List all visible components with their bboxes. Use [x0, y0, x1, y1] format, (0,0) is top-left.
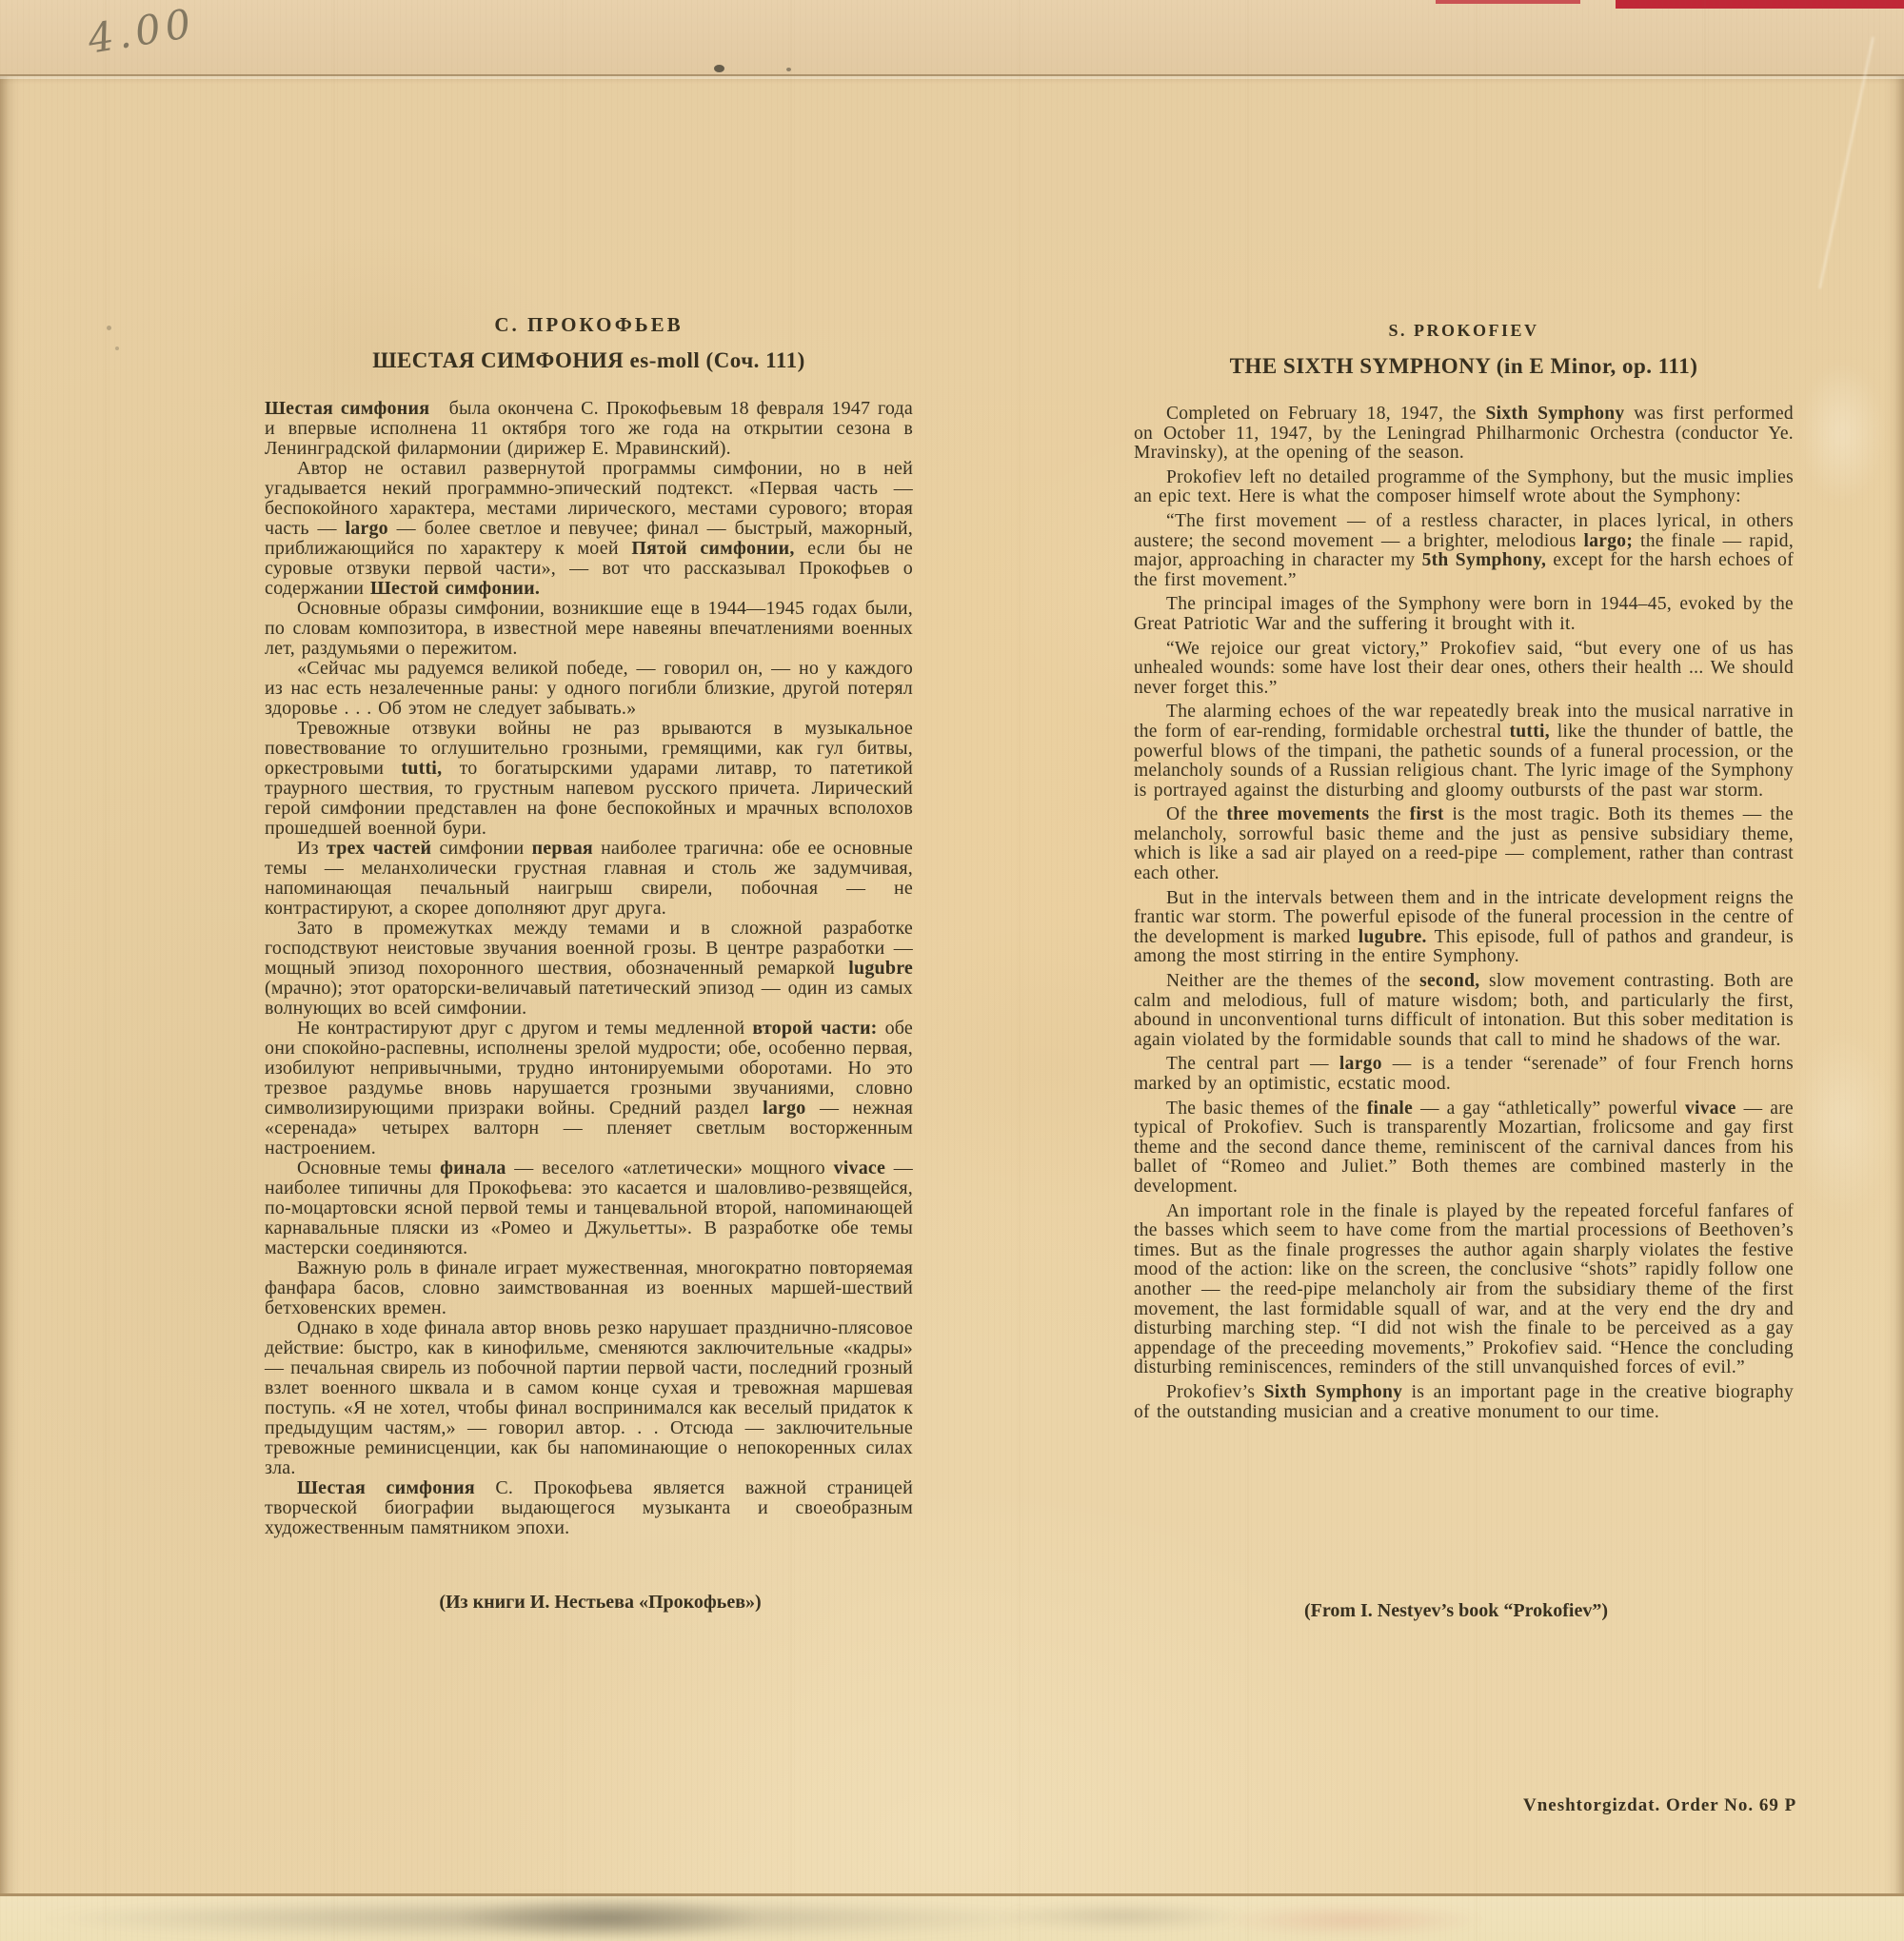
text-segment-bold: Sixth Symphony [1486, 404, 1625, 424]
text-segment: Зато в промежутках между темами и в слож… [265, 918, 913, 979]
paragraph: Важную роль в финале играет мужественная… [265, 1258, 913, 1318]
paragraph: Тревожные отзвуки войны не раз врываются… [265, 719, 913, 839]
liner-notes-ru: Шестая симфония была окончена С. Прокофь… [265, 399, 913, 1538]
paragraph: «Сейчас мы радуемся великой победе, — го… [265, 659, 913, 719]
text-segment: Не контрастируют друг с другом и темы ме… [297, 1018, 752, 1039]
grime-smudge [1000, 1902, 1247, 1931]
paragraph: Автор не оставил развернутой программы с… [265, 459, 913, 599]
sleeve-top-fold [0, 0, 1904, 76]
paragraph: Зато в промежутках между темами и в слож… [265, 919, 913, 1019]
record-sleeve-back: 4.00 С. ПРОКОФЬЕВ ШЕСТАЯ СИМФОНИЯ es-mol… [0, 0, 1904, 1941]
source-credit-en: (From I. Nestyev’s book “Prokofiev”) [1126, 1600, 1786, 1622]
paragraph: Of the three movements the first is the … [1134, 805, 1794, 883]
paragraph: An important role in the finale is playe… [1134, 1202, 1794, 1378]
text-segment-bold: three movements [1226, 804, 1369, 824]
text-segment: — веселого «атлетически» мощного [506, 1158, 834, 1178]
paragraph: The alarming echoes of the war repeatedl… [1134, 703, 1794, 801]
paper-speck [107, 326, 111, 330]
text-segment: (мрачно); этот ораторски-величавый патет… [265, 978, 913, 1019]
source-credit-ru: (Из книги И. Нестьева «Прокофьев») [276, 1592, 924, 1614]
text-segment-bold: трех частей [327, 838, 431, 859]
text-segment: Основные образы симфонии, возникшие еще … [265, 598, 913, 659]
text-segment-bold: lugubre. [1359, 927, 1427, 947]
paper-crease [1790, 1028, 1894, 1218]
paragraph: Prokofiev’s Sixth Symphony is an importa… [1134, 1383, 1794, 1422]
paragraph: The principal images of the Symphony wer… [1134, 595, 1794, 634]
text-segment: Основные темы [297, 1158, 440, 1178]
paragraph: Основные образы симфонии, возникшие еще … [265, 599, 913, 659]
text-segment: An important role in the finale is playe… [1134, 1201, 1794, 1378]
paragraph: The basic themes of the finale — a gay “… [1134, 1099, 1794, 1198]
text-segment: “We rejoice our great victory,” Prokofie… [1134, 639, 1794, 698]
work-title-ru: ШЕСТАЯ СИМФОНИЯ es-moll (Соч. 111) [265, 347, 913, 373]
text-segment: Prokofiev’s [1166, 1382, 1264, 1402]
text-segment: The principal images of the Symphony wer… [1134, 594, 1794, 634]
english-column: S. PROKOFIEV THE SIXTH SYMPHONY (in E Mi… [1134, 319, 1794, 1427]
text-segment-bold: finale [1367, 1099, 1413, 1119]
text-segment-bold: lugubre [848, 958, 913, 979]
red-smudge [1219, 1904, 1485, 1936]
paper-speck [714, 65, 724, 72]
composer-name-ru: С. ПРОКОФЬЕВ [265, 313, 913, 336]
text-segment: симфонии [431, 838, 531, 859]
grime-smudge [457, 1896, 762, 1940]
paragraph: The central part — largo — is a tender “… [1134, 1055, 1794, 1094]
text-segment: Of the [1166, 804, 1226, 824]
text-segment-bold: first [1410, 804, 1444, 824]
text-segment-bold: второй части: [752, 1018, 877, 1039]
text-segment-bold: Пятой симфонии, [631, 538, 794, 559]
paragraph: Однако в ходе финала автор вновь резко н… [265, 1318, 913, 1478]
text-segment-bold: tutti, [401, 758, 442, 779]
text-segment-bold: largo [1339, 1054, 1382, 1074]
text-segment-bold: second, [1419, 971, 1479, 991]
paragraph: “We rejoice our great victory,” Prokofie… [1134, 640, 1794, 699]
paper-crease [1799, 362, 1885, 505]
paper-speck [786, 68, 791, 71]
text-segment: — a gay “athletically” powerful [1413, 1099, 1685, 1119]
paragraph: Completed on February 18, 1947, the Sixt… [1134, 405, 1794, 464]
text-segment-bold: largo [345, 518, 387, 539]
text-segment: Из [297, 838, 327, 859]
text-segment-bold: финала [440, 1158, 506, 1178]
paragraph: But in the intervals between them and in… [1134, 889, 1794, 967]
text-segment-bold: tutti, [1509, 722, 1549, 742]
work-title-en: THE SIXTH SYMPHONY (in E Minor, op. 111) [1134, 353, 1794, 379]
paragraph: Из трех частей симфонии первая наиболее … [265, 839, 913, 919]
text-segment-bold: Шестой симфонии. [370, 578, 540, 599]
text-segment: Neither are the themes of the [1166, 971, 1419, 991]
text-segment: The basic themes of the [1166, 1099, 1367, 1119]
text-segment-bold: vivace [1685, 1099, 1736, 1119]
sleeve-bottom-edge [0, 1893, 1904, 1941]
paper-speck [115, 347, 119, 350]
composer-name-en: S. PROKOFIEV [1134, 319, 1794, 342]
paragraph: Шестая симфония была окончена С. Прокофь… [265, 399, 913, 459]
text-segment: Completed on February 18, 1947, the [1166, 404, 1486, 424]
paragraph: Шестая симфония С. Прокофьева является в… [265, 1478, 913, 1538]
publisher-imprint: Vneshtorgizdat. Order No. 69 P [1523, 1795, 1796, 1816]
text-segment-bold: первая [532, 838, 593, 859]
text-segment: The central part — [1166, 1054, 1339, 1074]
text-segment-bold: Sixth Symphony [1264, 1382, 1403, 1402]
text-segment: Prokofiev left no detailed programme of … [1134, 467, 1794, 507]
text-segment-bold: largo [763, 1098, 805, 1119]
text-segment-bold: Шестая симфония [297, 1477, 475, 1498]
text-segment: «Сейчас мы радуемся великой победе, — го… [265, 658, 913, 719]
text-segment: Однако в ходе финала автор вновь резко н… [265, 1317, 913, 1478]
liner-notes-en: Completed on February 18, 1947, the Sixt… [1134, 405, 1794, 1422]
paragraph: Neither are the themes of the second, sl… [1134, 972, 1794, 1050]
paragraph: Не контрастируют друг с другом и темы ме… [265, 1019, 913, 1159]
text-segment-bold: largo; [1584, 531, 1634, 551]
paragraph: “The first movement — of a restless char… [1134, 512, 1794, 590]
text-segment: Важную роль в финале играет мужественная… [265, 1258, 913, 1318]
text-segment: the [1369, 804, 1409, 824]
text-segment-bold: 5th Symphony, [1422, 550, 1547, 570]
text-segment-bold: Шестая симфония [265, 398, 429, 419]
text-segment-bold: vivace [834, 1158, 886, 1178]
paragraph: Основные темы финала — веселого «атлетич… [265, 1159, 913, 1258]
russian-column: С. ПРОКОФЬЕВ ШЕСТАЯ СИМФОНИЯ es-moll (Со… [265, 313, 913, 1538]
grime-smudge [38, 1898, 1066, 1938]
red-edge-strip [1616, 0, 1904, 9]
red-edge-strip-small [1436, 0, 1580, 4]
paragraph: Prokofiev left no detailed programme of … [1134, 468, 1794, 507]
